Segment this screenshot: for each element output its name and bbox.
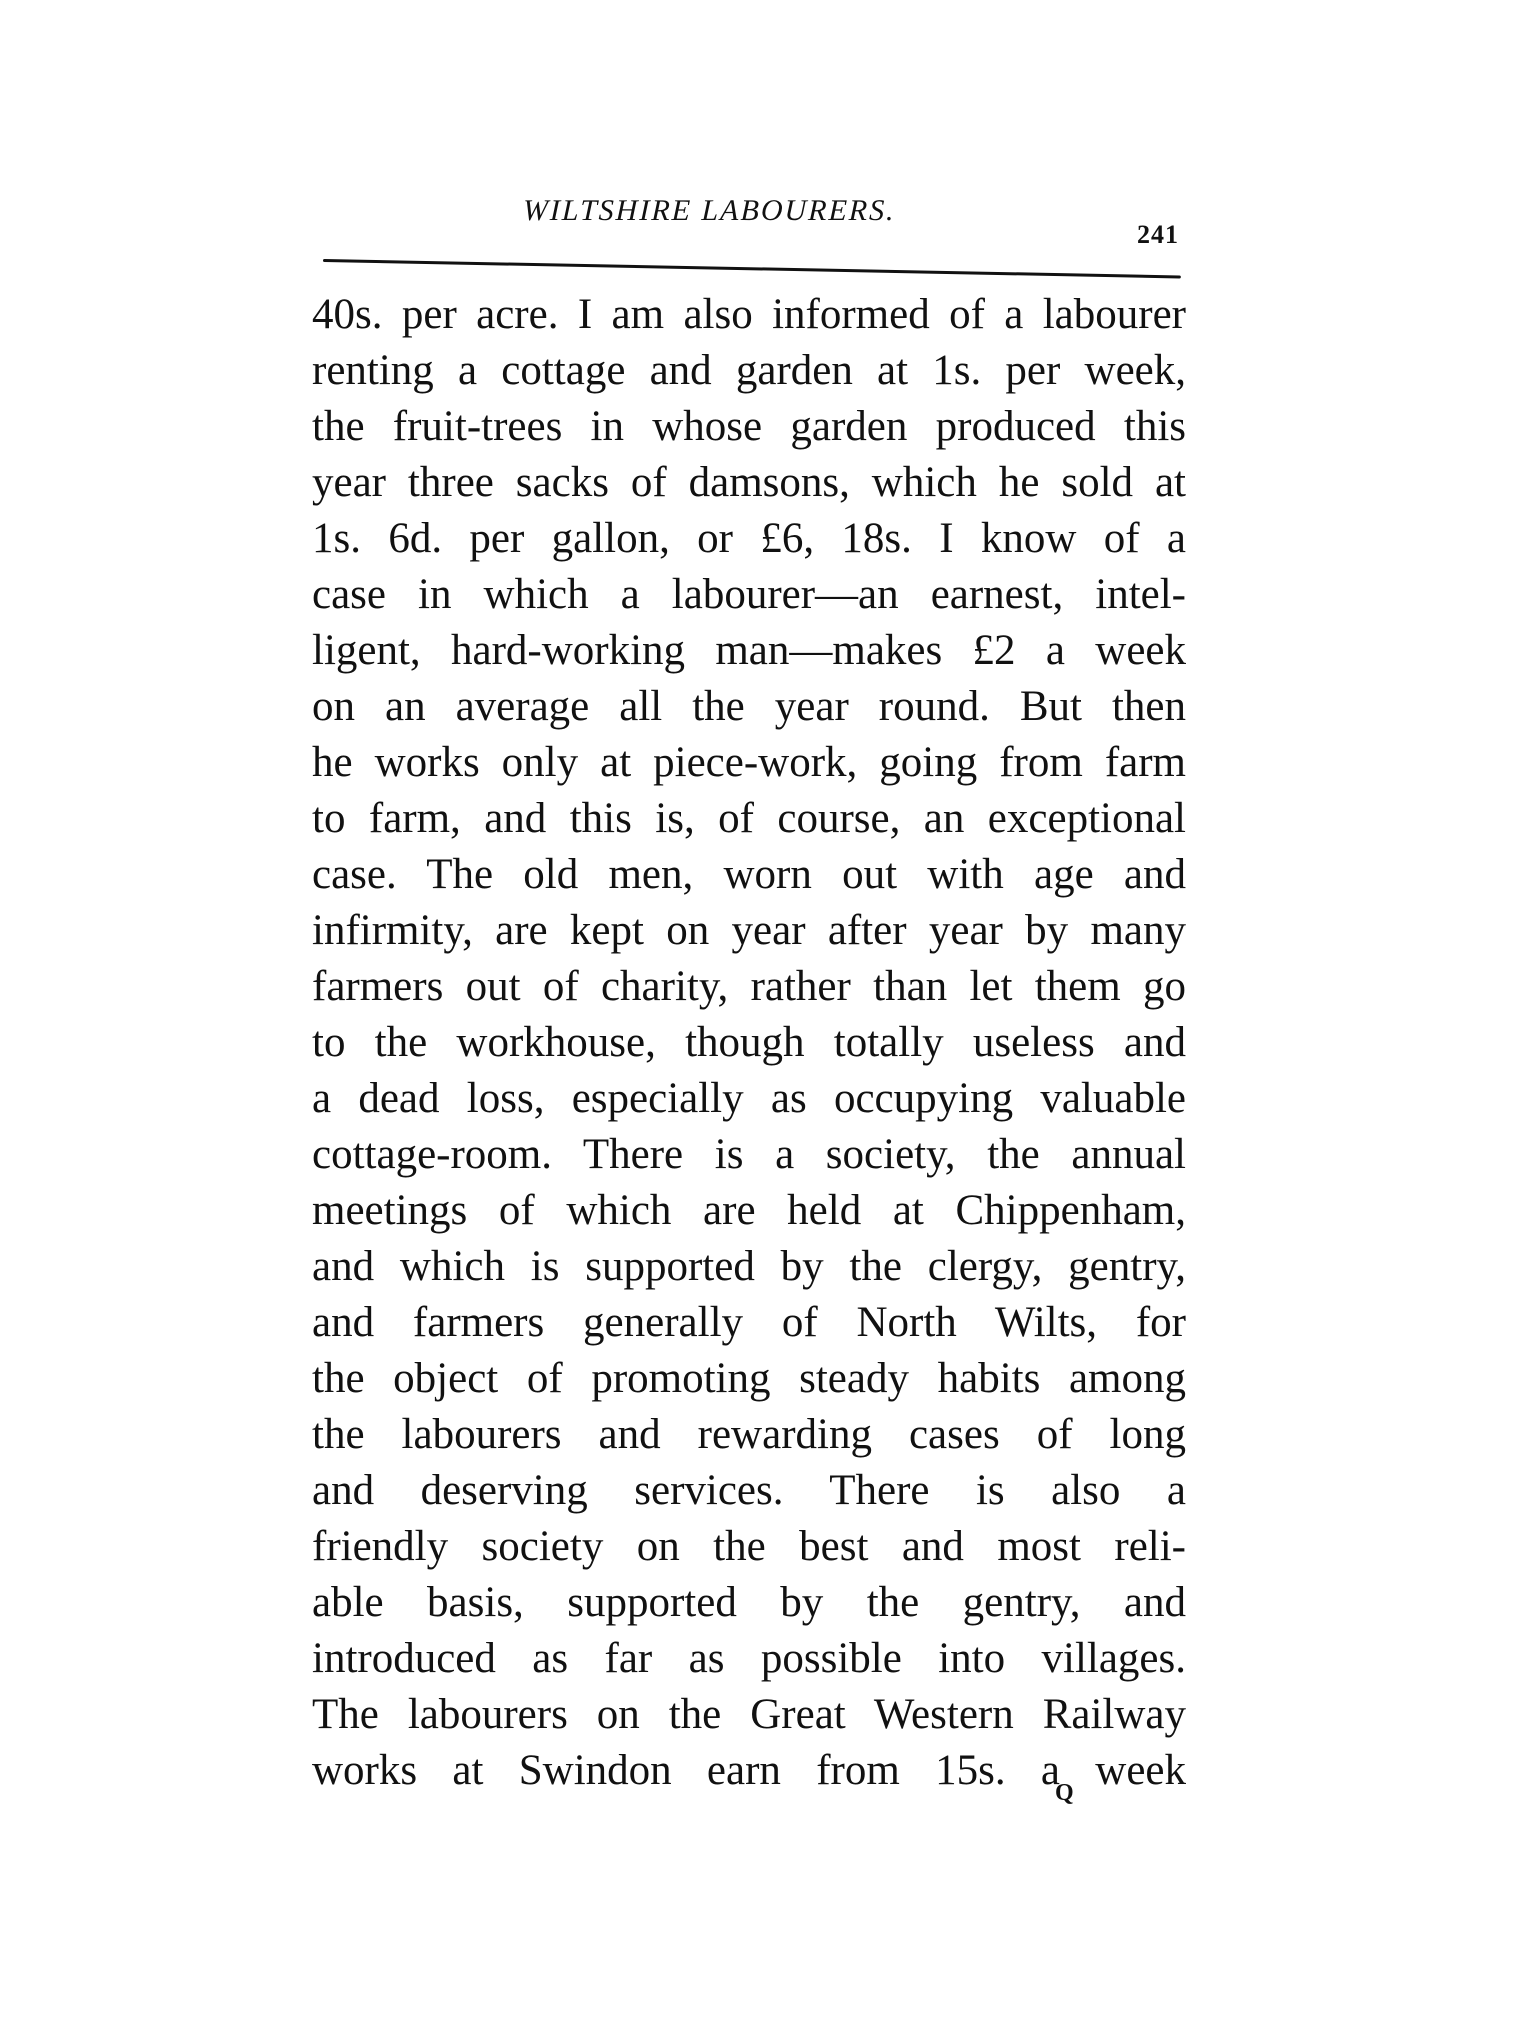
text-line: he works only at piece-work, going from … xyxy=(312,735,1186,791)
text-line-content: the labourers and rewarding cases of lon… xyxy=(312,1407,1186,1463)
text-line-content: ligent, hard-working man—makes £2 a week xyxy=(312,623,1186,679)
text-line: 40s. per acre. I am also informed of a l… xyxy=(312,287,1186,343)
text-line-content: to the workhouse, though totally useless… xyxy=(312,1015,1186,1071)
text-line: the object of promoting steady habits am… xyxy=(312,1351,1186,1407)
text-line-content: the fruit-trees in whose garden produced… xyxy=(312,399,1186,455)
text-line: introduced as far as possible into villa… xyxy=(312,1631,1186,1687)
text-line: on an average all the year round. But th… xyxy=(312,679,1186,735)
text-line-content: year three sacks of damsons, which he so… xyxy=(312,455,1186,511)
text-line-content: able basis, supported by the gentry, and xyxy=(312,1575,1186,1631)
header-rule xyxy=(323,259,1181,278)
text-line: ligent, hard-working man—makes £2 a week xyxy=(312,623,1186,679)
text-line-content: farmers out of charity, rather than let … xyxy=(312,959,1186,1015)
text-line-content: The labourers on the Great Western Railw… xyxy=(312,1687,1186,1743)
body-text: 40s. per acre. I am also informed of a l… xyxy=(312,287,1186,1799)
text-line: meetings of which are held at Chippenham… xyxy=(312,1183,1186,1239)
text-line-content: renting a cottage and garden at 1s. per … xyxy=(312,343,1186,399)
running-head: WILTSHIRE LABOURERS. xyxy=(522,193,983,229)
text-line: the labourers and rewarding cases of lon… xyxy=(312,1407,1186,1463)
text-line: cottage-room. There is a society, the an… xyxy=(312,1127,1186,1183)
text-line: the fruit-trees in whose garden produced… xyxy=(312,399,1186,455)
text-line: a dead loss, especially as occupying val… xyxy=(312,1071,1186,1127)
text-line-content: to farm, and this is, of course, an exce… xyxy=(312,791,1186,847)
text-line: case in which a labourer—an earnest, int… xyxy=(312,567,1186,623)
text-line-content: he works only at piece-work, going from … xyxy=(312,735,1186,791)
text-line-content: 40s. per acre. I am also informed of a l… xyxy=(312,287,1186,343)
text-line-content: friendly society on the best and most re… xyxy=(312,1519,1186,1575)
text-line: able basis, supported by the gentry, and xyxy=(312,1575,1186,1631)
text-line: to farm, and this is, of course, an exce… xyxy=(312,791,1186,847)
text-line: infirmity, are kept on year after year b… xyxy=(312,903,1186,959)
text-line: year three sacks of damsons, which he so… xyxy=(312,455,1186,511)
text-line-content: a dead loss, especially as occupying val… xyxy=(312,1071,1186,1127)
text-line: case. The old men, worn out with age and xyxy=(312,847,1186,903)
text-line: The labourers on the Great Western Railw… xyxy=(312,1687,1186,1743)
text-line-content: case in which a labourer—an earnest, int… xyxy=(312,567,1186,623)
text-line: friendly society on the best and most re… xyxy=(312,1519,1186,1575)
text-line-content: on an average all the year round. But th… xyxy=(312,679,1186,735)
signature-mark: Q xyxy=(1055,1778,1074,1808)
text-line: and farmers generally of North Wilts, fo… xyxy=(312,1295,1186,1351)
text-line-content: the object of promoting steady habits am… xyxy=(312,1351,1186,1407)
text-line: farmers out of charity, rather than let … xyxy=(312,959,1186,1015)
text-line: and which is supported by the clergy, ge… xyxy=(312,1239,1186,1295)
text-line-content: and farmers generally of North Wilts, fo… xyxy=(312,1295,1186,1351)
text-line-content: introduced as far as possible into villa… xyxy=(312,1631,1186,1687)
text-line-content: and deserving services. There is also a xyxy=(312,1463,1186,1519)
text-line: renting a cottage and garden at 1s. per … xyxy=(312,343,1186,399)
text-line: 1s. 6d. per gallon, or £6, 18s. I know o… xyxy=(312,511,1186,567)
text-line-content: meetings of which are held at Chippenham… xyxy=(312,1183,1186,1239)
text-line-content: cottage-room. There is a society, the an… xyxy=(312,1127,1186,1183)
text-line: to the workhouse, though totally useless… xyxy=(312,1015,1186,1071)
page-number: 241 xyxy=(1137,220,1179,250)
text-line-content: case. The old men, worn out with age and xyxy=(312,847,1186,903)
text-line-content: and which is supported by the clergy, ge… xyxy=(312,1239,1186,1295)
text-line-content: 1s. 6d. per gallon, or £6, 18s. I know o… xyxy=(312,511,1186,567)
text-line-content: infirmity, are kept on year after year b… xyxy=(312,903,1186,959)
text-line: and deserving services. There is also a xyxy=(312,1463,1186,1519)
